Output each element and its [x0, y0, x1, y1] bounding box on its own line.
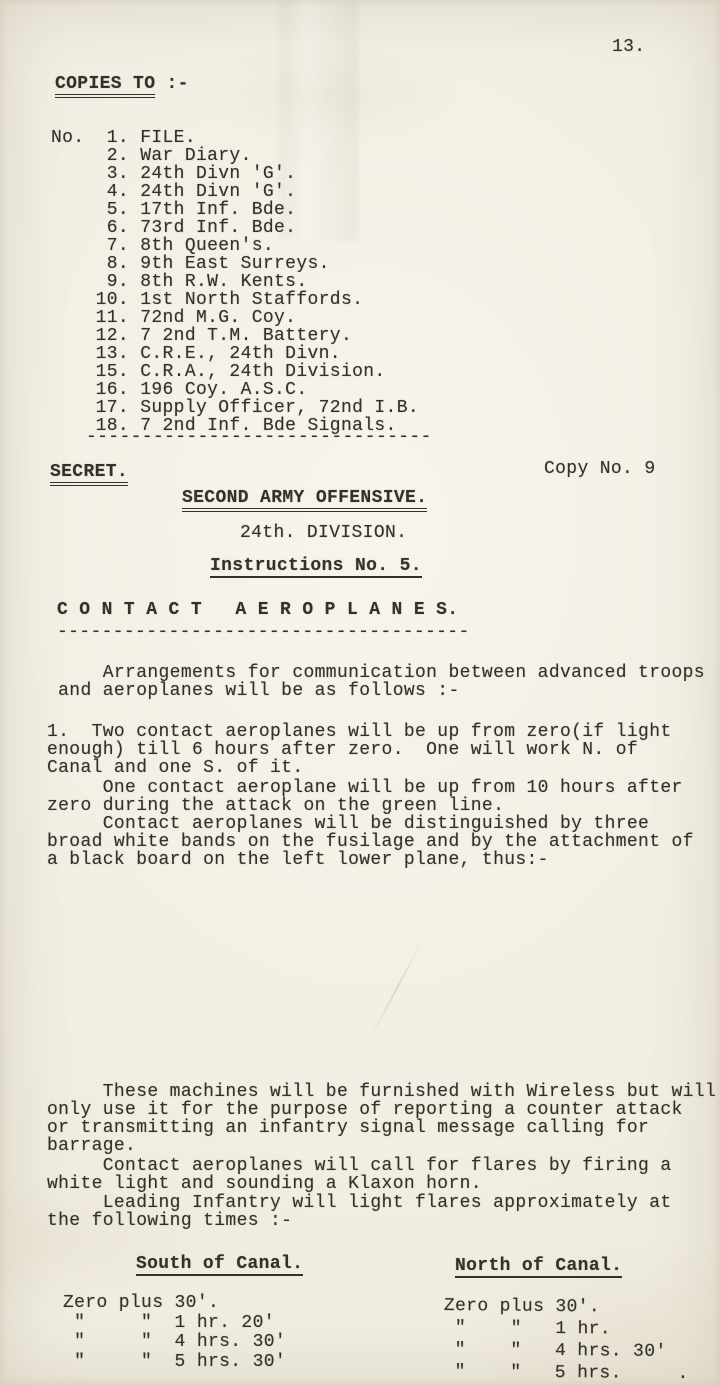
copies-list-item: 8. 9th East Surreys.	[51, 255, 419, 273]
paragraph-wireless: These machines will be furnished with Wi…	[47, 1083, 716, 1155]
copies-to-heading-text: COPIES TO	[55, 75, 155, 98]
subject-title: C O N T A C T A E R O P L A N E S.	[57, 601, 458, 619]
flare-time-row: " " 1 hr. 20'	[63, 1314, 286, 1334]
copies-distribution-list: No. 1. FILE. 2. War Diary. 3. 24th Divn …	[51, 129, 419, 435]
army-offensive-title: SECOND ARMY OFFENSIVE.	[182, 489, 427, 512]
classification-text: SECRET.	[50, 463, 128, 486]
paragraph-1-markings: Contact aeroplanes will be distinguished…	[47, 815, 694, 869]
copy-number-label: Copy No. 9	[544, 460, 656, 478]
copies-list-item: 16. 196 Coy. A.S.C.	[51, 381, 419, 399]
page-number: 13.	[612, 38, 645, 56]
flare-time-row: " " 5 hrs. 30'	[63, 1353, 286, 1373]
copies-list-item: 7. 8th Queen's.	[51, 237, 419, 255]
copies-list-item: 6. 73rd Inf. Bde.	[51, 219, 419, 237]
flare-time-row: " " 1 hr.	[444, 1317, 690, 1341]
north-of-canal-heading: North of Canal.	[455, 1257, 622, 1278]
paragraph-intro: Arrangements for communication between a…	[47, 664, 705, 700]
copies-list-item: 11. 72nd M.G. Coy.	[51, 309, 419, 327]
copies-list-item: 10. 1st North Staffords.	[51, 291, 419, 309]
copies-list-item: No. 1. FILE.	[51, 129, 419, 147]
paragraph-1-continuation: One contact aeroplane will be up from 10…	[47, 779, 683, 815]
division-title: 24th. DIVISION.	[240, 524, 407, 542]
copies-to-heading: COPIES TO :-	[55, 75, 189, 98]
copies-list-item: 12. 7 2nd T.M. Battery.	[51, 327, 419, 345]
copies-list-item: 3. 24th Divn 'G'.	[51, 165, 419, 183]
flare-time-row: " " 4 hrs. 30'	[443, 1339, 689, 1363]
north-of-canal-heading-text: North of Canal.	[455, 1257, 622, 1278]
north-flare-times: Zero plus 30'. " " 1 hr. " " 4 hrs. 30' …	[443, 1295, 689, 1385]
paper-scratch	[369, 941, 422, 1039]
copies-list-item: 13. C.R.E., 24th Divn.	[51, 345, 419, 363]
copies-list-item: 2. War Diary.	[51, 147, 419, 165]
copies-list-item: 17. Supply Officer, 72nd I.B.	[51, 399, 419, 417]
paragraph-1-aeroplanes: 1. Two contact aeroplanes will be up fro…	[47, 723, 672, 777]
classification-label: SECRET.	[50, 463, 128, 486]
subject-divider: -------------------------------------	[57, 623, 470, 641]
copies-list-item: 5. 17th Inf. Bde.	[51, 201, 419, 219]
document-page: 13. COPIES TO :- No. 1. FILE. 2. War Dia…	[0, 0, 720, 1385]
army-offensive-title-text: SECOND ARMY OFFENSIVE.	[182, 489, 427, 512]
south-flare-times: Zero plus 30'. " " 1 hr. 20' " " 4 hrs. …	[63, 1294, 286, 1373]
copies-list-item: 15. C.R.A., 24th Division.	[51, 363, 419, 381]
copies-to-heading-suffix: :-	[155, 74, 188, 94]
paragraph-leading-infantry: Leading Infantry will light flares appro…	[47, 1194, 672, 1230]
copies-list-item: 4. 24th Divn 'G'.	[51, 183, 419, 201]
flare-time-row: " " 5 hrs. .	[443, 1361, 689, 1385]
paragraph-flares: Contact aeroplanes will call for flares …	[47, 1157, 672, 1193]
flare-time-row: " " 4 hrs. 30'	[63, 1333, 286, 1353]
instructions-title-text: Instructions No. 5.	[210, 557, 422, 578]
south-of-canal-heading-text: South of Canal.	[136, 1255, 303, 1276]
copies-list-divider: -------------------------------	[86, 428, 432, 446]
flare-time-row: Zero plus 30'.	[63, 1294, 286, 1314]
copies-list-item: 9. 8th R.W. Kents.	[51, 273, 419, 291]
instructions-title: Instructions No. 5.	[210, 557, 422, 578]
flare-time-row: Zero plus 30'.	[444, 1295, 690, 1319]
south-of-canal-heading: South of Canal.	[136, 1255, 303, 1276]
